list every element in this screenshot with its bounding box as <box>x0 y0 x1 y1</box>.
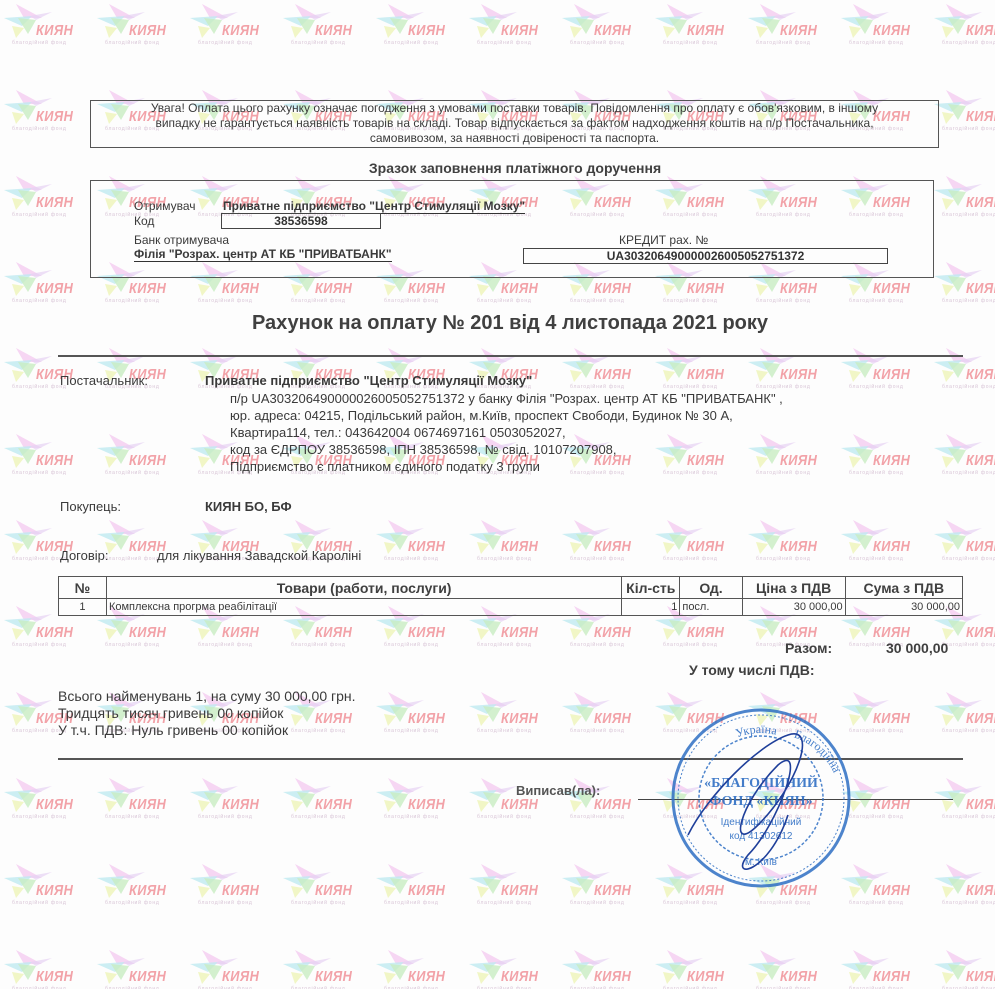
supplier-detail-line: п/р UA303206490000026005052751372 у банк… <box>230 390 783 407</box>
cell-quantity: 1 <box>622 599 680 616</box>
watermark-logo: КИЯНблагодійний фонд <box>746 4 838 50</box>
watermark-logo: КИЯНблагодійний фонд <box>467 864 559 910</box>
cell-price: 30 000,00 <box>742 599 845 616</box>
watermark-logo: КИЯНблагодійний фонд <box>2 90 94 136</box>
watermark-logo: КИЯНблагодійний фонд <box>281 950 373 989</box>
svg-text:м. Київ: м. Київ <box>745 857 777 868</box>
payment-notice: Увага! Оплата цього рахунку означає пого… <box>90 100 939 148</box>
recipient-value: Приватне підприємство "Центр Стимуляції … <box>223 199 525 214</box>
amount-summary: Всього найменувань 1, на суму 30 000,00 … <box>58 688 356 739</box>
watermark-logo: КИЯНблагодійний фонд <box>2 950 94 989</box>
watermark-logo: КИЯНблагодійний фонд <box>374 778 466 824</box>
watermark-logo: КИЯНблагодійний фонд <box>839 4 931 50</box>
watermark-logo: КИЯНблагодійний фонд <box>2 4 94 50</box>
header-unit: Од. <box>680 577 742 599</box>
watermark-logo: КИЯНблагодійний фонд <box>374 520 466 566</box>
total-value: 30 000,00 <box>886 640 948 656</box>
watermark-logo: КИЯНблагодійний фонд <box>188 864 280 910</box>
watermark-logo: КИЯНблагодійний фонд <box>560 4 652 50</box>
credit-account-field: UA303206490000026005052751372 <box>523 248 888 264</box>
cell-goods: Комплексна прогрма реабілітації <box>106 599 621 616</box>
watermark-logo: КИЯНблагодійний фонд <box>2 434 94 480</box>
watermark-logo: КИЯНблагодійний фонд <box>2 778 94 824</box>
recipient-label: Отримувач <box>134 199 196 213</box>
watermark-logo: КИЯНблагодійний фонд <box>932 176 995 222</box>
cell-sum: 30 000,00 <box>845 599 962 616</box>
watermark-logo: КИЯНблагодійний фонд <box>95 434 187 480</box>
watermark-logo: КИЯНблагодійний фонд <box>932 864 995 910</box>
watermark-logo: КИЯНблагодійний фонд <box>95 4 187 50</box>
header-number: № <box>59 577 107 599</box>
watermark-logo: КИЯНблагодійний фонд <box>374 950 466 989</box>
watermark-logo: КИЯНблагодійний фонд <box>653 950 745 989</box>
supplier-detail-line: Підприємство є платником єдиного податку… <box>230 458 783 475</box>
contract-value: для лікування Завадской Кароліні <box>157 547 361 564</box>
watermark-logo: КИЯНблагодійний фонд <box>95 864 187 910</box>
code-field: 38536598 <box>221 213 381 229</box>
watermark-logo: КИЯНблагодійний фонд <box>746 520 838 566</box>
supplier-label: Постачальник: <box>60 372 148 389</box>
watermark-logo: КИЯНблагодійний фонд <box>281 864 373 910</box>
stamp-seal-icon: Україна Благодійна «БЛАГОДІЙНИЙ ФОНД «КИ… <box>668 705 854 891</box>
watermark-logo: КИЯНблагодійний фонд <box>932 434 995 480</box>
bank-value: Філія "Розрах. центр АТ КБ "ПРИВАТБАНК" <box>134 247 392 262</box>
watermark-logo: КИЯНблагодійний фонд <box>839 434 931 480</box>
watermark-logo: КИЯНблагодійний фонд <box>467 950 559 989</box>
total-label: Разом: <box>785 640 832 656</box>
header-sum: Сума з ПДВ <box>845 577 962 599</box>
watermark-logo: КИЯНблагодійний фонд <box>932 90 995 136</box>
contract-label: Договір: <box>60 547 109 564</box>
credit-label: КРЕДИТ рах. № <box>619 233 708 247</box>
watermark-logo: КИЯНблагодійний фонд <box>467 520 559 566</box>
header-price: Ціна з ПДВ <box>742 577 845 599</box>
cell-number: 1 <box>59 599 107 616</box>
watermark-logo: КИЯНблагодійний фонд <box>746 950 838 989</box>
header-quantity: Кіл-сть <box>622 577 680 599</box>
watermark-logo: КИЯНблагодійний фонд <box>839 520 931 566</box>
header-goods: Товари (работи, послуги) <box>106 577 621 599</box>
watermark-logo: КИЯНблагодійний фонд <box>95 778 187 824</box>
payment-sample-title: Зразок заповнення платіжного доручення <box>0 160 995 176</box>
watermark-logo: КИЯНблагодійний фонд <box>374 864 466 910</box>
watermark-logo: КИЯНблагодійний фонд <box>560 692 652 738</box>
watermark-logo: КИЯНблагодійний фонд <box>2 864 94 910</box>
watermark-logo: КИЯНблагодійний фонд <box>188 4 280 50</box>
watermark-logo: КИЯНблагодійний фонд <box>932 692 995 738</box>
code-label: Код <box>134 214 154 228</box>
notice-line: випадку не гарантується наявність товарі… <box>91 116 938 131</box>
invoice-title: Рахунок на оплату № 201 від 4 листопада … <box>0 312 995 335</box>
payment-sample-box: Отримувач Приватне підприємство "Центр С… <box>90 180 934 278</box>
supplier-detail-line: Квартира114, тел.: 043642004 0674697161 … <box>230 424 783 441</box>
summary-line: Тридцять тисяч гривень 00 копійок <box>58 705 356 722</box>
organization-stamp: Україна Благодійна «БЛАГОДІЙНИЙ ФОНД «КИ… <box>668 705 854 891</box>
watermark-logo: КИЯНблагодійний фонд <box>2 176 94 222</box>
watermark-logo: КИЯНблагодійний фонд <box>932 950 995 989</box>
watermark-logo: КИЯНблагодійний фонд <box>467 4 559 50</box>
watermark-logo: КИЯНблагодійний фонд <box>560 520 652 566</box>
buyer-value: КИЯН БО, БФ <box>205 498 292 515</box>
supplier-detail-line: юр. адреса: 04215, Подільський район, м.… <box>230 407 783 424</box>
watermark-logo: КИЯНблагодійний фонд <box>653 520 745 566</box>
watermark-logo: КИЯНблагодійний фонд <box>374 4 466 50</box>
watermark-logo: КИЯНблагодійний фонд <box>932 262 995 308</box>
supplier-detail-line: код за ЄДРПОУ 38536598, ІПН 38536598, № … <box>230 441 783 458</box>
notice-line: Увага! Оплата цього рахунку означає пого… <box>91 101 938 116</box>
watermark-logo: КИЯНблагодійний фонд <box>281 4 373 50</box>
watermark-logo: КИЯНблагодійний фонд <box>95 950 187 989</box>
watermark-logo: КИЯНблагодійний фонд <box>560 864 652 910</box>
watermark-logo: КИЯНблагодійний фонд <box>932 778 995 824</box>
table-header-row: № Товари (работи, послуги) Кіл-сть Од. Ц… <box>59 577 963 599</box>
supplier-details: п/р UA303206490000026005052751372 у банк… <box>230 390 783 475</box>
watermark-logo: КИЯНблагодійний фонд <box>560 950 652 989</box>
items-table: № Товари (работи, послуги) Кіл-сть Од. Ц… <box>58 576 963 616</box>
cell-unit: посл. <box>680 599 742 616</box>
divider <box>58 355 963 357</box>
watermark-logo: КИЯНблагодійний фонд <box>281 778 373 824</box>
table-row: 1 Комплексна прогрма реабілітації 1 посл… <box>59 599 963 616</box>
supplier-name: Приватне підприємство "Центр Стимуляції … <box>205 372 532 389</box>
vat-label: У тому числі ПДВ: <box>689 662 815 678</box>
bank-label: Банк отримувача <box>134 233 229 247</box>
watermark-logo: КИЯНблагодійний фонд <box>467 692 559 738</box>
watermark-logo: КИЯНблагодійний фонд <box>2 262 94 308</box>
svg-text:код 41302612: код 41302612 <box>730 831 793 842</box>
summary-line: У т.ч. ПДВ: Нуль гривень 00 копійок <box>58 722 356 739</box>
notice-line: самовивозом, за наявності довіреності та… <box>91 131 938 146</box>
watermark-logo: КИЯНблагодійний фонд <box>932 4 995 50</box>
buyer-label: Покупець: <box>60 498 121 515</box>
watermark-logo: КИЯНблагодійний фонд <box>839 950 931 989</box>
svg-text:ФОНД «КИЯН»: ФОНД «КИЯН» <box>709 794 812 809</box>
issued-by-label: Виписав(ла): <box>516 783 600 798</box>
summary-line: Всього найменувань 1, на суму 30 000,00 … <box>58 688 356 705</box>
watermark-logo: КИЯНблагодійний фонд <box>374 692 466 738</box>
watermark-logo: КИЯНблагодійний фонд <box>653 4 745 50</box>
watermark-logo: КИЯНблагодійний фонд <box>188 950 280 989</box>
watermark-logo: КИЯНблагодійний фонд <box>932 520 995 566</box>
watermark-logo: КИЯНблагодійний фонд <box>188 778 280 824</box>
